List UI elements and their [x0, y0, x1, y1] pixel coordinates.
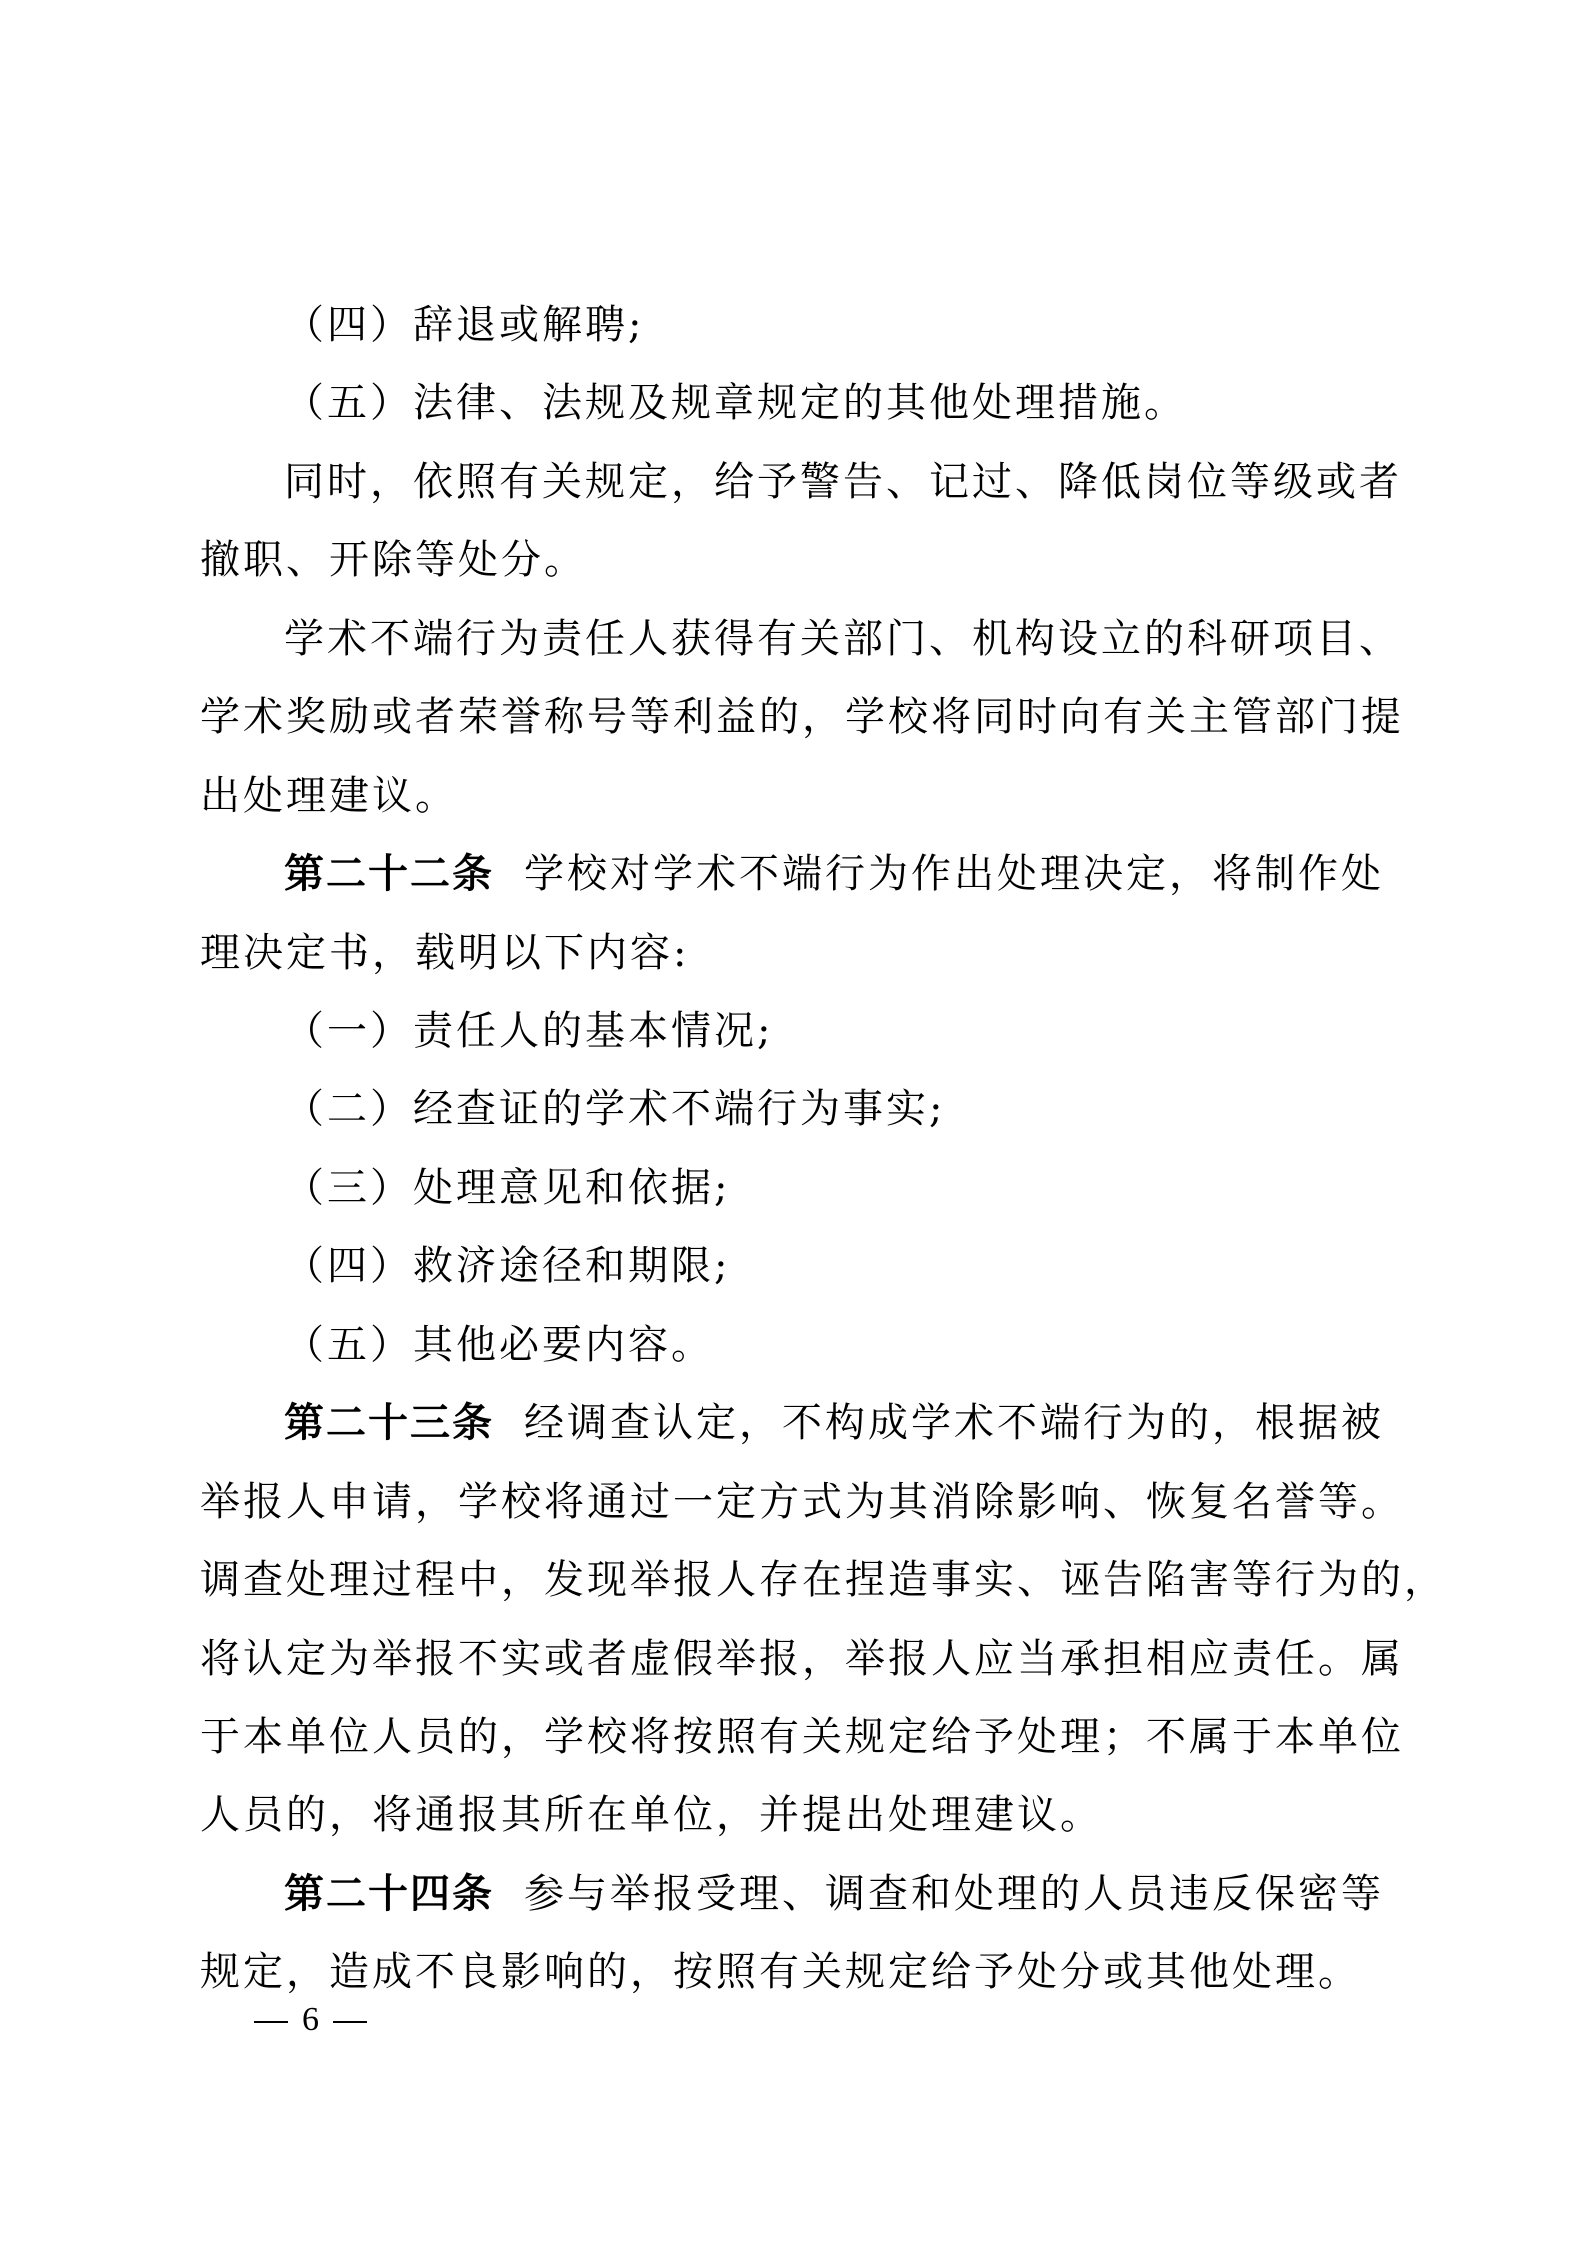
list-item: （二）经查证的学术不端行为事实;: [284, 1084, 1390, 1134]
list-item: （五）其他必要内容。: [284, 1320, 1390, 1370]
paragraph-line: 撤职、开除等处分。: [200, 535, 1390, 585]
paragraph-line: 规定，造成不良影响的，按照有关规定给予处分或其他处理。: [200, 1947, 1390, 1997]
list-item-dismissal: （四）辞退或解聘;: [284, 300, 1390, 350]
article-22: 第二十二条学校对学术不端行为作出处理决定，将制作处: [284, 849, 1390, 899]
article-heading: 第二十二条: [284, 851, 494, 897]
list-item: （一）责任人的基本情况;: [284, 1006, 1390, 1056]
article-text: 经调查认定，不构成学术不端行为的，根据被: [524, 1400, 1384, 1446]
article-heading: 第二十四条: [284, 1871, 494, 1917]
paragraph-line: 于本单位人员的，学校将按照有关规定给予处理；不属于本单位: [200, 1712, 1390, 1762]
list-item-other-measures: （五）法律、法规及规章规定的其他处理措施。: [284, 378, 1390, 428]
list-item: （四）救济途径和期限;: [284, 1241, 1390, 1291]
paragraph-line: 调查处理过程中，发现举报人存在捏造事实、诬告陷害等行为的，: [200, 1555, 1390, 1605]
paragraph-line: 理决定书，载明以下内容:: [200, 928, 1390, 978]
list-item: （三）处理意见和依据;: [284, 1163, 1390, 1213]
paragraph-line: 同时，依照有关规定，给予警告、记过、降低岗位等级或者: [284, 457, 1390, 507]
article-heading: 第二十三条: [284, 1400, 494, 1446]
article-text: 参与举报受理、调查和处理的人员违反保密等: [524, 1871, 1384, 1917]
article-23: 第二十三条经调查认定，不构成学术不端行为的，根据被: [284, 1398, 1390, 1448]
article-text: 学校对学术不端行为作出处理决定，将制作处: [524, 851, 1384, 897]
page-number-value: 6: [302, 2001, 319, 2038]
paragraph-line: 人员的，将通报其所在单位，并提出处理建议。: [200, 1790, 1390, 1840]
paragraph-line: 学术不端行为责任人获得有关部门、机构设立的科研项目、: [284, 614, 1390, 664]
paragraph-line: 出处理建议。: [200, 771, 1390, 821]
dash-right: [333, 2021, 367, 2023]
article-24: 第二十四条参与举报受理、调查和处理的人员违反保密等: [284, 1869, 1390, 1919]
paragraph-line: 将认定为举报不实或者虚假举报，举报人应当承担相应责任。属: [200, 1634, 1390, 1684]
paragraph-line: 举报人申请，学校将通过一定方式为其消除影响、恢复名誉等。: [200, 1477, 1390, 1527]
page-number: 6: [240, 2000, 381, 2040]
paragraph-line: 学术奖励或者荣誉称号等利益的，学校将同时向有关主管部门提: [200, 692, 1390, 742]
dash-left: [254, 2021, 288, 2023]
document-page: （四）辞退或解聘; （五）法律、法规及规章规定的其他处理措施。 同时，依照有关规…: [0, 0, 1587, 2245]
